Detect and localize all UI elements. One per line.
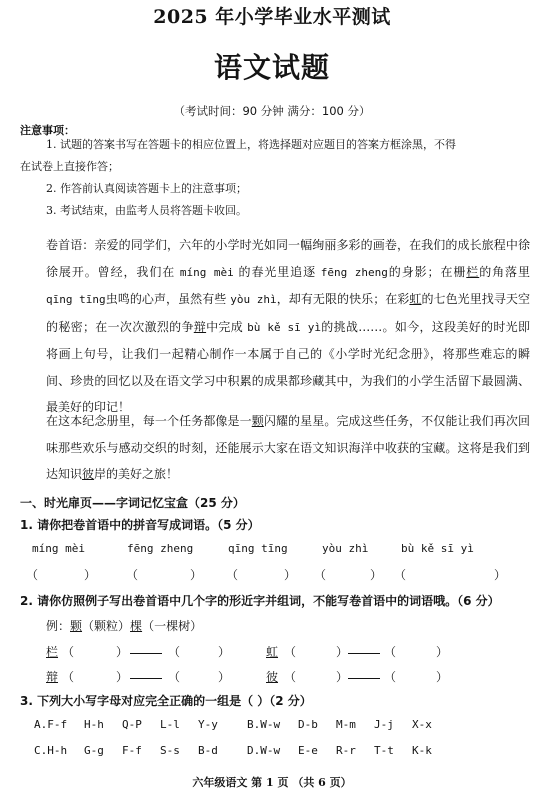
pinyin: yòu zhì	[322, 542, 368, 555]
page-footer: 六年级语文 第 1 页 （共 6 页）	[0, 774, 544, 790]
q1-answer-row: （ ） （ ） （ ） （ ） （ ）	[0, 566, 544, 582]
exam-title: 2025 年小学毕业水平测试	[0, 2, 544, 29]
answer-bracket-open[interactable]: （	[126, 566, 138, 583]
section-1-title: 一、时光扉页——字词记忆宝盒（25 分）	[20, 494, 245, 511]
notice-item: 1. 试题的答案书写在答题卡的相应位置上，将选择题对应题目的答案方框涂黑，不得	[20, 134, 530, 156]
answer-bracket-close: ）	[494, 566, 506, 583]
answer-bracket-open[interactable]: （	[394, 566, 406, 583]
answer-bracket-open[interactable]: （	[168, 668, 180, 685]
pinyin: bù kě sī yì	[247, 321, 321, 334]
answer-bracket-open[interactable]: （	[284, 668, 296, 685]
answer-bracket-close: ）	[370, 566, 382, 583]
answer-bracket-close: ）	[436, 643, 448, 660]
text: 的春光里追逐	[234, 265, 321, 279]
answer-bracket-close: ）	[84, 566, 96, 583]
answer-blank[interactable]	[128, 643, 164, 657]
option-b[interactable]: B.W-w	[247, 718, 280, 731]
text: 中完成	[206, 320, 247, 334]
text: 的角落里	[479, 265, 530, 279]
answer-bracket-close: ）	[116, 668, 128, 685]
q1-pinyin-row: míng mèi fēng zheng qīng tīng yòu zhì bù…	[0, 542, 544, 558]
answer-bracket-open[interactable]: （	[384, 668, 396, 685]
notice-item: 在试卷上直接作答；	[20, 156, 530, 178]
underlined-char: 颗	[252, 414, 264, 428]
answer-blank[interactable]	[346, 643, 382, 657]
notice-list: 1. 试题的答案书写在答题卡的相应位置上，将选择题对应题目的答案方框涂黑，不得 …	[20, 134, 530, 222]
option-a[interactable]: A.F-f	[34, 718, 67, 731]
exam-page: 2025 年小学毕业水平测试 语文试题 （考试时间：90 分钟 满分：100 分…	[0, 0, 544, 801]
underlined-char: 虹	[409, 292, 421, 306]
example-label: 例：	[46, 619, 70, 633]
text: 岸的美好之旅！	[94, 467, 178, 481]
example-word: （一棵树）	[142, 619, 202, 633]
example-char: 颗	[70, 619, 82, 633]
option-pair: K-k	[412, 744, 432, 757]
text: ，却有无限的快乐；在彩	[277, 292, 410, 306]
preface-paragraph-2: 在这本纪念册里，每一个任务都像是一颗闪耀的星星。完成这些任务，不仅能让我们再次回…	[20, 408, 530, 488]
target-char: 虹	[266, 643, 278, 660]
answer-bracket-open[interactable]: （	[314, 566, 326, 583]
option-pair: H-h	[84, 718, 104, 731]
option-pair: Q-P	[122, 718, 142, 731]
text: 在这本纪念册里，每一个任务都像是一	[46, 414, 252, 428]
option-pair: M-m	[336, 718, 356, 731]
option-pair: D-b	[298, 718, 318, 731]
q2-example: 例：颗（颗粒）棵（一棵树）	[46, 617, 202, 634]
answer-bracket-open[interactable]: （	[168, 643, 180, 660]
exam-meta: （考试时间：90 分钟 满分：100 分）	[0, 103, 544, 119]
option-pair: T-t	[374, 744, 394, 757]
answer-bracket-open[interactable]: （	[284, 643, 296, 660]
answer-bracket-open[interactable]: （	[62, 668, 74, 685]
option-pair: X-x	[412, 718, 432, 731]
pinyin: míng mèi	[180, 266, 234, 279]
notice-item: 2. 作答前认真阅读答题卡上的注意事项；	[20, 178, 530, 200]
answer-bracket-close: ）	[116, 643, 128, 660]
pinyin: yòu zhì	[230, 293, 276, 306]
answer-bracket-open[interactable]: （	[226, 566, 238, 583]
option-pair: E-e	[298, 744, 318, 757]
target-char: 辩	[46, 668, 58, 685]
example-word: （颗粒）	[82, 619, 130, 633]
answer-bracket-open[interactable]: （	[26, 566, 38, 583]
q2-row-1: 栏 （ ） （ ） 虹 （ ） （ ）	[0, 643, 544, 661]
pinyin: fēng zheng	[127, 542, 193, 555]
target-char: 彼	[266, 668, 278, 685]
question-2-prompt: 2. 请你仿照例子写出卷首语中几个字的形近字并组词，不能写卷首语中的词语哦。（6…	[20, 592, 500, 609]
underlined-char: 辩	[194, 320, 206, 334]
answer-bracket-open[interactable]: （	[384, 643, 396, 660]
pinyin: fēng zheng	[321, 266, 388, 279]
answer-blank[interactable]	[128, 668, 164, 682]
pinyin: qīng tīng	[228, 542, 288, 555]
option-d[interactable]: D.W-w	[247, 744, 280, 757]
underlined-char: 栏	[466, 265, 479, 279]
answer-bracket-close: ）	[436, 668, 448, 685]
text: 虫鸣的心声，虽然有些	[106, 292, 231, 306]
answer-bracket-close: ）	[190, 566, 202, 583]
pinyin: qīng tīng	[46, 293, 106, 306]
option-pair: J-j	[374, 718, 394, 731]
option-pair: Y-y	[198, 718, 218, 731]
q2-row-2: 辩 （ ） （ ） 彼 （ ） （ ）	[0, 668, 544, 686]
answer-bracket-close: ）	[218, 643, 230, 660]
answer-bracket-open[interactable]: （	[62, 643, 74, 660]
option-pair: F-f	[122, 744, 142, 757]
option-pair: R-r	[336, 744, 356, 757]
notice-item: 3. 考试结束，由监考人员将答题卡收回。	[20, 200, 530, 222]
option-pair: L-l	[160, 718, 180, 731]
q3-options-row-1: A.F-f H-h Q-P L-l Y-y B.W-w D-b M-m J-j …	[0, 718, 544, 734]
underlined-char: 彼	[82, 467, 94, 481]
question-1-prompt: 1. 请你把卷首语中的拼音写成词语。（5 分）	[20, 516, 260, 533]
answer-blank[interactable]	[346, 668, 382, 682]
answer-bracket-close: ）	[218, 668, 230, 685]
q3-options-row-2: C.H-h G-g F-f S-s B-d D.W-w E-e R-r T-t …	[0, 744, 544, 760]
pinyin: míng mèi	[32, 542, 85, 555]
option-pair: B-d	[198, 744, 218, 757]
example-char: 棵	[130, 619, 142, 633]
preface-paragraph-1: 卷首语：亲爱的同学们，六年的小学时光如同一幅绚丽多彩的画卷，在我们的成长旅程中徐…	[20, 232, 530, 421]
option-pair: G-g	[84, 744, 104, 757]
text: 的身影；在栅	[388, 265, 466, 279]
option-pair: S-s	[160, 744, 180, 757]
question-3-prompt: 3. 下列大小写字母对应完全正确的一组是（ ）（2 分）	[20, 692, 312, 709]
option-c[interactable]: C.H-h	[34, 744, 67, 757]
target-char: 栏	[46, 643, 58, 660]
subject-title: 语文试题	[0, 46, 544, 86]
pinyin: bù kě sī yì	[401, 542, 474, 555]
answer-bracket-close: ）	[284, 566, 296, 583]
